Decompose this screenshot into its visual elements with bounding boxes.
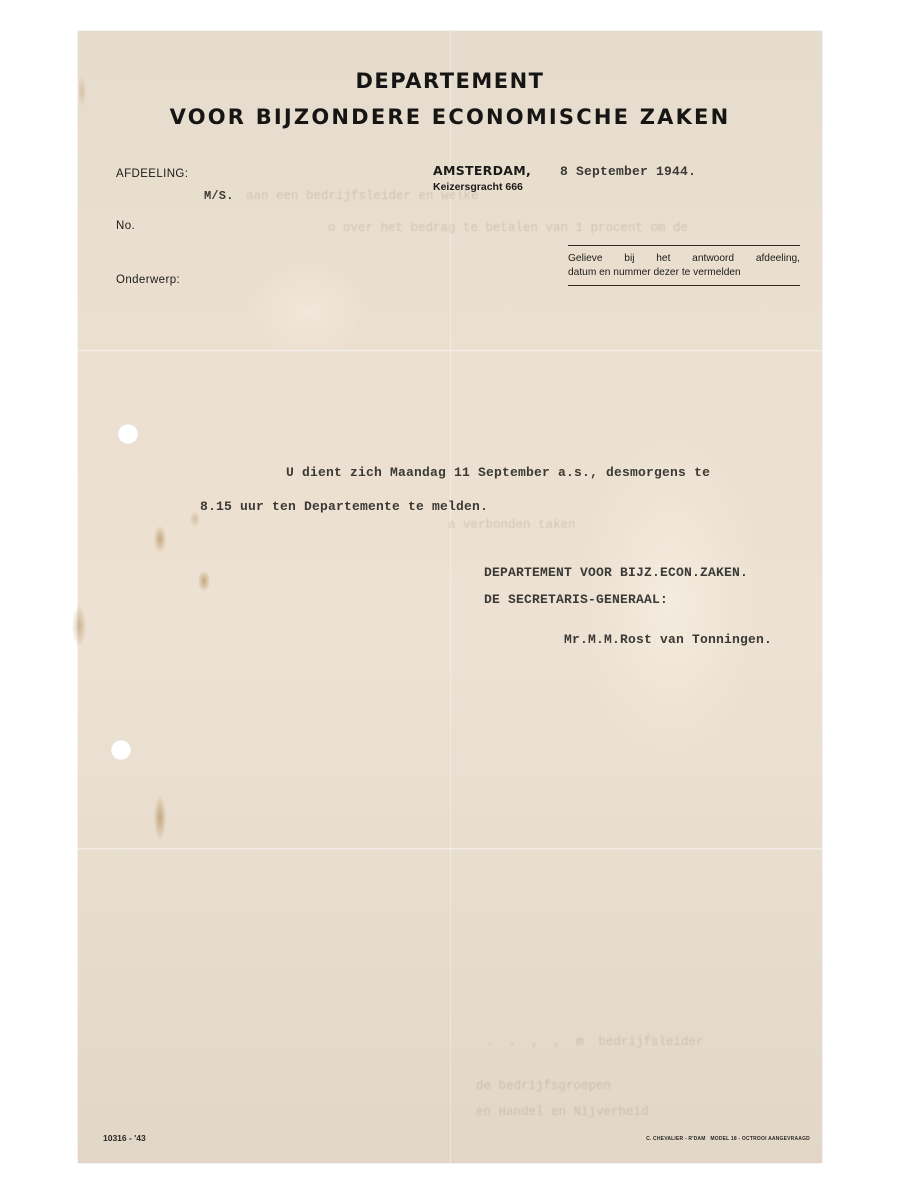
signature-department: DEPARTEMENT VOOR BIJZ.ECON.ZAKEN.: [484, 565, 748, 580]
bleed-through-text: a verbonden taken: [448, 518, 576, 532]
bleed-through-text: o over het bedrag te betalen van 1 proce…: [328, 221, 688, 235]
punch-hole-upper: [118, 424, 138, 444]
letter-date: 8 September 1944.: [560, 164, 696, 179]
reply-notice: Gelieve bij het antwoord afdeeling, datu…: [568, 245, 800, 286]
subject-label: Onderwerp:: [116, 274, 180, 286]
bleed-through-text: de bedrijfsgroepen: [476, 1079, 611, 1093]
signature-title: DE SECRETARIS-GENERAAL:: [484, 592, 668, 607]
body-line-2: 8.15 uur ten Departemente te melden.: [200, 499, 488, 514]
letterhead-title: DEPARTEMENT: [78, 69, 822, 93]
punch-hole-lower: [111, 740, 131, 760]
stain: [154, 526, 166, 552]
form-number: 10316 - '43: [103, 1133, 146, 1143]
city: AMSTERDAM,: [433, 163, 531, 178]
letter-sheet: DEPARTEMENT VOOR BIJZONDERE ECONOMISCHE …: [78, 31, 822, 1163]
reply-notice-line1: Gelieve bij het antwoord afdeeling,: [568, 252, 800, 266]
stain: [154, 796, 166, 840]
body-line-1: U dient zich Maandag 11 September a.s., …: [286, 465, 710, 480]
signatory-name: Mr.M.M.Rost van Tonningen.: [564, 632, 772, 647]
bleed-through-text: en Handel en Nijverheid: [476, 1105, 649, 1119]
stain: [198, 571, 210, 591]
bleed-through-text: aan een bedrijfsleider en welke: [246, 189, 479, 203]
number-label: No.: [116, 220, 135, 232]
stain: [72, 606, 86, 646]
afdeeling-label: AFDEELING:: [116, 168, 188, 180]
printer-imprint: C. CHEVALIER - R'DAM MODEL 18 - OCTROOI …: [646, 1136, 810, 1142]
afdeeling-value: M/S.: [204, 189, 234, 203]
letterhead-subtitle: VOOR BIJZONDERE ECONOMISCHE ZAKEN: [78, 105, 822, 129]
stain: [190, 511, 200, 527]
reply-notice-line2: datum en nummer dezer te vermelden: [568, 266, 800, 280]
bleed-through-text: . . , , m bedrijfsleider: [486, 1035, 704, 1049]
